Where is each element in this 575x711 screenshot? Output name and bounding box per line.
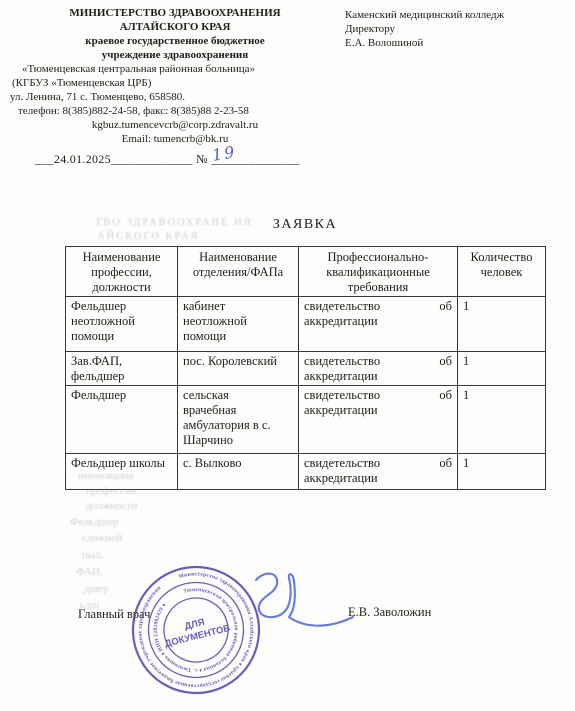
cell-department: кабинет неотложной помощи (178, 297, 299, 352)
bleedthrough-text: ФАП, (76, 566, 103, 579)
sender-ministry-line1: МИНИСТЕРСТВО ЗДРАВООХРАНЕНИЯ (8, 6, 342, 20)
qualification-text: свидетельство (304, 354, 380, 369)
ref-underline-a: ___ (35, 152, 54, 166)
sender-org-name: «Тюменцевская центральная районная больн… (8, 62, 342, 76)
cell-profession: Фельдшер неотложной помощи (66, 297, 178, 352)
signature-stroke (256, 574, 353, 626)
recipient-org: Каменский медицинский колледж (345, 8, 504, 22)
bleedthrough-text: сложной (82, 532, 122, 545)
sender-address: ул. Ленина, 71 с. Тюменцево, 658580. (8, 90, 342, 104)
bleedthrough-text: именование (78, 470, 134, 483)
bleedthrough-text: должности (86, 500, 137, 513)
handwritten-document-number: 19 (211, 142, 238, 165)
header-qualification: Профессионально- квалификационные требов… (299, 247, 458, 297)
scanned-letter-page: МИНИСТЕРСТВО ЗДРАВООХРАНЕНИЯ АЛТАЙСКОГО … (0, 0, 575, 711)
cell-count: 1 (458, 352, 546, 386)
bleedthrough-text: Фельдшер (70, 516, 119, 529)
sender-org-short-name: (КГБУЗ «Тюменцевская ЦРБ) (8, 76, 342, 90)
cell-department: пос. Королевский (178, 352, 299, 386)
bleedthrough-text: дшер (84, 583, 108, 596)
cell-qualification: свидетельствообаккредитации (299, 352, 458, 386)
sender-letterhead: МИНИСТЕРСТВО ЗДРАВООХРАНЕНИЯ АЛТАЙСКОГО … (8, 6, 342, 146)
cell-profession: Зав.ФАП, фельдшер (66, 352, 178, 386)
reference-line: ___24.01.2025_____________ № ___________… (35, 152, 299, 167)
cell-count: 1 (458, 386, 546, 454)
cell-qualification: свидетельствообаккредитации (299, 297, 458, 352)
qualification-text: об (439, 299, 452, 314)
recipient-block: Каменский медицинский колледж Директору … (345, 8, 504, 50)
table-row: Фельдшер сельская врачебная амбулатория … (66, 386, 546, 454)
table-row: Фельдшер неотложной помощи кабинет неотл… (66, 297, 546, 352)
bleedthrough-text: профессии (86, 485, 137, 498)
cell-profession: Фельдшер (66, 386, 178, 454)
cell-qualification: свидетельствообаккредитации (299, 386, 458, 454)
header-profession: Наименование профессии, должности (66, 247, 178, 297)
qualification-text: об (439, 456, 452, 471)
request-table: Наименование профессии, должности Наимен… (65, 246, 546, 490)
qualification-text: аккредитации (304, 369, 452, 384)
table-header-row: Наименование профессии, должности Наимен… (66, 247, 546, 297)
sender-org-type-line1: краевое государственное бюджетное (8, 34, 342, 48)
qualification-text: аккредитации (304, 471, 452, 486)
qualification-text: свидетельство (304, 456, 380, 471)
table-row: Фельдшер школы с. Вылково свидетельствоо… (66, 454, 546, 490)
qualification-text: об (439, 388, 452, 403)
signature (223, 564, 373, 659)
ref-number-sign: № (196, 152, 208, 166)
ref-underline-b: _____________ (111, 152, 193, 166)
cell-department: сельская врачебная амбулатория в с. Шарч… (178, 386, 299, 454)
document-title: ЗАЯВКА (65, 217, 545, 233)
cell-count: 1 (458, 297, 546, 352)
cell-count: 1 (458, 454, 546, 490)
qualification-text: свидетельство (304, 299, 380, 314)
header-department: Наименование отделения/ФАПа (178, 247, 299, 297)
cell-department: с. Вылково (178, 454, 299, 490)
table-row: Зав.ФАП, фельдшер пос. Королевский свиде… (66, 352, 546, 386)
qualification-text: аккредитации (304, 314, 452, 329)
recipient-name: Е.А. Волошиной (345, 36, 504, 50)
sender-corp-email: kgbuz.tumencevcrb@corp.zdravalt.ru (8, 118, 342, 132)
cell-qualification: свидетельствообаккредитации (299, 454, 458, 490)
qualification-text: об (439, 354, 452, 369)
sender-phone-fax: телефон: 8(385)882-24-58, факс: 8(385)88… (8, 104, 342, 118)
qualification-text: аккредитации (304, 403, 452, 418)
bleedthrough-text: пыл. (82, 549, 104, 562)
sender-org-type-line2: учреждение здравоохранения (8, 48, 342, 62)
ref-date: 24.01.2025 (54, 152, 111, 166)
qualification-text: свидетельство (304, 388, 380, 403)
sender-email: Email: tumencrb@bk.ru (8, 132, 342, 146)
header-count: Количество человек (458, 247, 546, 297)
recipient-position: Директору (345, 22, 504, 36)
sender-ministry-line2: АЛТАЙСКОГО КРАЯ (8, 20, 342, 34)
